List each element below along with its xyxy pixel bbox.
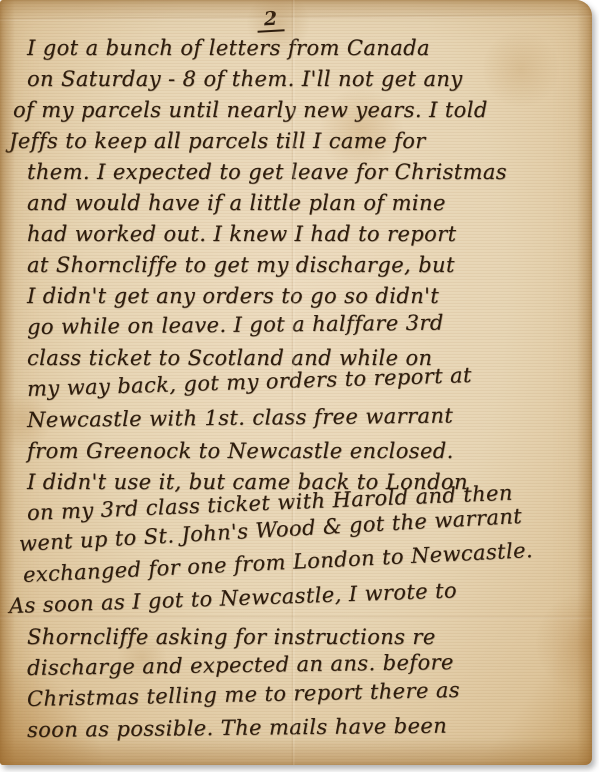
handwritten-line: had worked out. I knew I had to report bbox=[27, 219, 580, 250]
handwritten-line: go while on leave. I got a halffare 3rd bbox=[27, 306, 580, 343]
handwritten-line: and would have if a little plan of mine bbox=[27, 188, 580, 219]
letter-page: 2 I got a bunch of letters from Canada o… bbox=[0, 0, 592, 765]
handwritten-line: of my parcels until nearly new years. I … bbox=[13, 95, 580, 126]
scan-background: 2 I got a bunch of letters from Canada o… bbox=[0, 0, 599, 772]
letter-body: I got a bunch of letters from Canada on … bbox=[27, 33, 580, 746]
page-number: 2 bbox=[257, 7, 285, 32]
handwritten-line: Jeffs to keep all parcels till I came fo… bbox=[9, 126, 580, 157]
handwritten-line: soon as possible. The mails have been bbox=[27, 709, 580, 746]
handwritten-line: from Greenock to Newcastle enclosed. bbox=[27, 436, 580, 467]
handwritten-line: them. I expected to get leave for Christ… bbox=[27, 157, 580, 188]
handwritten-line: Newcastle with 1st. class free warrant bbox=[27, 399, 580, 436]
handwritten-line: at Shorncliffe to get my discharge, but bbox=[27, 250, 580, 281]
page-number-container: 2 bbox=[0, 8, 592, 32]
handwritten-line: on Saturday - 8 of them. I'll not get an… bbox=[27, 64, 580, 95]
handwritten-line: I got a bunch of letters from Canada bbox=[27, 33, 580, 64]
